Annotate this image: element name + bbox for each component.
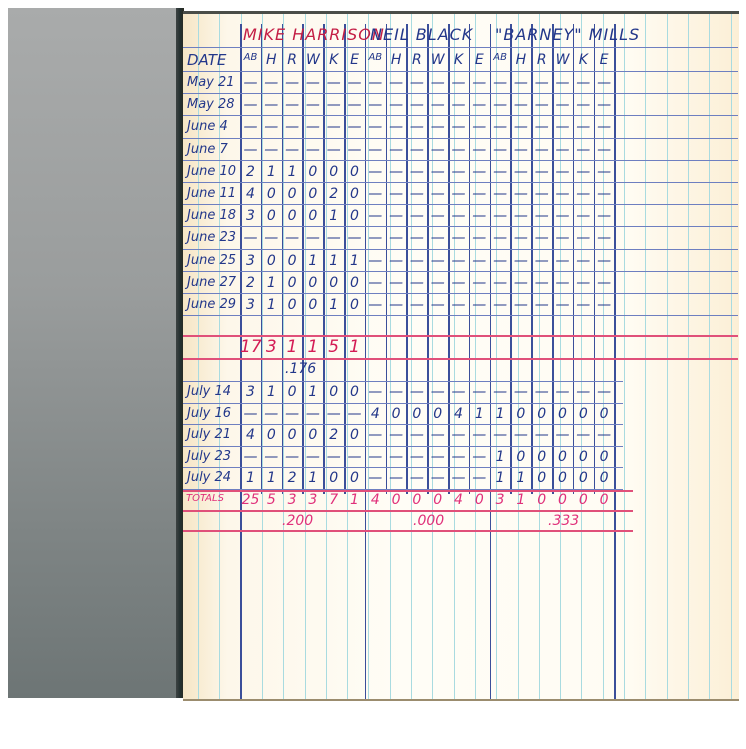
- stat-cell: —: [448, 98, 469, 112]
- stat-cell: —: [427, 276, 448, 290]
- stat-cell: —: [386, 298, 407, 312]
- row-line: [183, 467, 623, 468]
- row-line: [183, 71, 738, 72]
- stat-cell: —: [448, 165, 469, 179]
- stat-cell: —: [261, 143, 282, 157]
- row-line: [183, 138, 738, 139]
- grid-line: [731, 14, 732, 699]
- stat-cell: —: [427, 76, 448, 90]
- stat-cell: 0: [323, 276, 344, 290]
- stat-cell: —: [386, 165, 407, 179]
- stat-column-header: AB: [365, 53, 386, 63]
- stat-cell: —: [365, 298, 386, 312]
- stat-cell: —: [406, 165, 427, 179]
- stat-cell: —: [469, 209, 490, 223]
- grid-line: [411, 14, 412, 699]
- grid-line: [475, 14, 476, 699]
- stat-cell: —: [552, 209, 573, 223]
- row-date: July 23: [187, 450, 231, 463]
- stat-cell: —: [469, 450, 490, 464]
- grid-line: [368, 14, 369, 699]
- stat-cell: —: [490, 428, 511, 442]
- stat-cell: —: [406, 209, 427, 223]
- totals-cell: 3: [302, 493, 323, 507]
- stat-column-header: E: [594, 53, 615, 67]
- stat-cell: —: [510, 231, 531, 245]
- stat-cell: —: [469, 428, 490, 442]
- stat-cell: 0: [573, 471, 594, 485]
- row-date: July 21: [187, 428, 231, 441]
- stat-cell: —: [594, 276, 615, 290]
- stat-cell: —: [323, 231, 344, 245]
- grid-line: [347, 14, 348, 699]
- stat-cell: —: [448, 385, 469, 399]
- stat-cell: —: [386, 120, 407, 134]
- stat-cell: —: [427, 187, 448, 201]
- stat-cell: 1: [490, 407, 511, 421]
- stat-cell: —: [448, 428, 469, 442]
- stat-cell: —: [469, 187, 490, 201]
- stat-cell: —: [531, 254, 552, 268]
- stat-cell: —: [302, 76, 323, 90]
- stat-cell: —: [448, 143, 469, 157]
- date-header: DATE: [187, 53, 226, 68]
- stat-column-header: K: [323, 53, 344, 67]
- stat-cell: —: [552, 187, 573, 201]
- stat-cell: 0: [282, 428, 303, 442]
- totals-cell: 0: [531, 493, 552, 507]
- stat-cell: —: [448, 209, 469, 223]
- stat-cell: 1: [323, 209, 344, 223]
- totals-cell: 3: [490, 493, 511, 507]
- subtotal-cell: 1: [302, 339, 323, 356]
- stat-cell: —: [573, 428, 594, 442]
- stat-cell: —: [386, 231, 407, 245]
- stat-cell: 4: [448, 407, 469, 421]
- stat-cell: —: [261, 98, 282, 112]
- stat-cell: 2: [240, 276, 261, 290]
- row-line: [183, 381, 623, 382]
- stat-cell: —: [344, 76, 365, 90]
- stat-cell: 1: [261, 298, 282, 312]
- stat-cell: 0: [531, 450, 552, 464]
- stat-cell: —: [240, 98, 261, 112]
- stat-cell: 1: [282, 165, 303, 179]
- totals-cell: 1: [510, 493, 531, 507]
- totals-cell: 0: [427, 493, 448, 507]
- stat-cell: —: [406, 298, 427, 312]
- totals-cell: 0: [594, 493, 615, 507]
- stat-cell: —: [406, 276, 427, 290]
- stat-cell: —: [406, 187, 427, 201]
- row-date: June 25: [187, 254, 236, 267]
- stat-cell: —: [427, 385, 448, 399]
- player-name: NEIL BLACK: [370, 27, 473, 43]
- stat-cell: —: [365, 471, 386, 485]
- stat-cell: —: [594, 254, 615, 268]
- stat-cell: 3: [240, 298, 261, 312]
- stat-cell: —: [427, 298, 448, 312]
- stat-cell: 3: [240, 385, 261, 399]
- stat-cell: 0: [552, 407, 573, 421]
- stat-cell: —: [448, 471, 469, 485]
- grid-line: [326, 14, 327, 699]
- stat-cell: 1: [469, 407, 490, 421]
- stat-cell: —: [510, 254, 531, 268]
- stat-cell: —: [531, 165, 552, 179]
- stat-cell: —: [386, 276, 407, 290]
- stat-column-header: R: [406, 53, 427, 67]
- stat-cell: —: [469, 385, 490, 399]
- stat-cell: —: [323, 98, 344, 112]
- totals-cell: 5: [261, 493, 282, 507]
- stat-cell: 1: [302, 385, 323, 399]
- stat-cell: 0: [510, 450, 531, 464]
- grid-line: [624, 14, 625, 699]
- stat-cell: —: [427, 209, 448, 223]
- row-line: [183, 160, 738, 161]
- stat-cell: —: [510, 120, 531, 134]
- totals-cell: 3: [282, 493, 303, 507]
- stat-cell: —: [323, 450, 344, 464]
- totals-cell: 1: [344, 493, 365, 507]
- grid-line: [432, 14, 433, 699]
- stat-cell: —: [261, 120, 282, 134]
- stat-cell: 1: [261, 276, 282, 290]
- stat-cell: 0: [531, 407, 552, 421]
- stat-cell: —: [386, 143, 407, 157]
- stat-cell: 0: [344, 276, 365, 290]
- stat-cell: —: [323, 76, 344, 90]
- row-date: July 14: [187, 385, 231, 398]
- stat-cell: —: [365, 187, 386, 201]
- stat-cell: —: [406, 143, 427, 157]
- stat-cell: 4: [240, 428, 261, 442]
- stat-cell: 0: [282, 254, 303, 268]
- stat-cell: —: [240, 76, 261, 90]
- stat-cell: —: [448, 231, 469, 245]
- stat-cell: —: [594, 298, 615, 312]
- stat-cell: —: [573, 120, 594, 134]
- stat-cell: —: [469, 231, 490, 245]
- row-line: [183, 424, 623, 425]
- stat-cell: 1: [490, 450, 511, 464]
- stat-cell: —: [469, 471, 490, 485]
- stat-cell: —: [261, 407, 282, 421]
- stat-cell: —: [427, 120, 448, 134]
- stat-cell: —: [365, 120, 386, 134]
- stat-cell: —: [510, 209, 531, 223]
- stat-cell: 0: [573, 407, 594, 421]
- row-line: [183, 271, 738, 272]
- stat-cell: —: [365, 276, 386, 290]
- subtotal-average: .176: [285, 361, 316, 377]
- stat-cell: —: [531, 276, 552, 290]
- row-date: June 7: [187, 143, 228, 156]
- stat-cell: —: [365, 231, 386, 245]
- stat-column-header: W: [552, 53, 573, 67]
- stat-cell: 0: [552, 450, 573, 464]
- stat-cell: 0: [406, 407, 427, 421]
- stat-cell: 0: [344, 471, 365, 485]
- stat-cell: —: [531, 209, 552, 223]
- stat-cell: —: [386, 209, 407, 223]
- grid-line: [667, 14, 668, 699]
- stat-cell: —: [531, 298, 552, 312]
- stat-cell: —: [594, 143, 615, 157]
- stat-cell: —: [365, 165, 386, 179]
- stat-cell: —: [490, 231, 511, 245]
- stat-cell: 0: [282, 276, 303, 290]
- stat-cell: —: [510, 187, 531, 201]
- stat-cell: —: [365, 143, 386, 157]
- stat-cell: 0: [282, 385, 303, 399]
- stat-column-header: W: [427, 53, 448, 67]
- grid-line: [496, 14, 497, 699]
- stat-cell: 4: [365, 407, 386, 421]
- stat-cell: 3: [240, 209, 261, 223]
- stat-cell: —: [510, 165, 531, 179]
- stat-cell: 0: [302, 165, 323, 179]
- stat-cell: —: [552, 276, 573, 290]
- grid-line: [219, 14, 220, 699]
- grid-line: [645, 14, 646, 699]
- stat-cell: —: [469, 276, 490, 290]
- row-date: July 24: [187, 471, 231, 484]
- stat-cell: 0: [261, 254, 282, 268]
- stat-cell: 0: [323, 471, 344, 485]
- stat-cell: —: [344, 450, 365, 464]
- stat-cell: 0: [594, 407, 615, 421]
- grid-line: [539, 14, 540, 699]
- stat-cell: —: [573, 76, 594, 90]
- stat-cell: —: [552, 98, 573, 112]
- stat-cell: —: [323, 407, 344, 421]
- stat-cell: —: [406, 471, 427, 485]
- stat-cell: 0: [261, 428, 282, 442]
- stat-cell: 2: [240, 165, 261, 179]
- stat-cell: —: [386, 471, 407, 485]
- stat-cell: 0: [594, 450, 615, 464]
- stat-cell: —: [427, 254, 448, 268]
- totals-cell: 0: [573, 493, 594, 507]
- grid-line: [305, 14, 306, 699]
- row-line: [183, 204, 738, 205]
- stat-cell: —: [573, 165, 594, 179]
- batting-average: .200: [282, 513, 313, 529]
- stat-cell: —: [261, 76, 282, 90]
- stat-column-header: H: [261, 53, 282, 67]
- row-date: June 18: [187, 209, 236, 222]
- stat-cell: 2: [282, 471, 303, 485]
- stat-cell: —: [510, 276, 531, 290]
- stat-cell: —: [510, 385, 531, 399]
- grid-line: [560, 14, 561, 699]
- stat-cell: —: [406, 231, 427, 245]
- stat-cell: —: [406, 385, 427, 399]
- ledger-cover: [8, 8, 178, 698]
- stat-cell: —: [344, 407, 365, 421]
- stat-cell: 0: [594, 471, 615, 485]
- stat-cell: —: [406, 76, 427, 90]
- subtotal-cell: 1: [282, 339, 303, 356]
- stat-column-header: H: [386, 53, 407, 67]
- totals-cell: 0: [386, 493, 407, 507]
- stat-cell: —: [490, 276, 511, 290]
- totals-rule: [183, 530, 633, 532]
- stat-cell: —: [552, 254, 573, 268]
- grid-line: [581, 14, 582, 699]
- stat-cell: 0: [573, 450, 594, 464]
- stat-cell: —: [552, 231, 573, 245]
- stat-cell: 0: [344, 165, 365, 179]
- totals-rule: [183, 510, 633, 512]
- row-line: [183, 249, 738, 250]
- stat-cell: —: [594, 428, 615, 442]
- stat-cell: 0: [344, 385, 365, 399]
- stat-cell: 0: [344, 298, 365, 312]
- stat-cell: 0: [302, 209, 323, 223]
- stat-cell: 0: [261, 209, 282, 223]
- stat-cell: —: [552, 76, 573, 90]
- stat-cell: 1: [261, 471, 282, 485]
- stat-cell: —: [448, 120, 469, 134]
- stat-cell: 0: [282, 298, 303, 312]
- stat-cell: —: [240, 120, 261, 134]
- stat-cell: —: [427, 471, 448, 485]
- stat-cell: —: [573, 276, 594, 290]
- stat-cell: 0: [261, 187, 282, 201]
- stat-cell: —: [261, 231, 282, 245]
- stat-cell: 0: [531, 471, 552, 485]
- row-line: [183, 403, 623, 404]
- stat-cell: —: [282, 143, 303, 157]
- stat-cell: 0: [323, 385, 344, 399]
- stat-column-header: K: [448, 53, 469, 67]
- totals-cell: 0: [552, 493, 573, 507]
- row-line: [183, 446, 623, 447]
- grid-line: [390, 14, 391, 699]
- row-date: June 27: [187, 276, 236, 289]
- stat-cell: —: [386, 187, 407, 201]
- stat-cell: —: [386, 254, 407, 268]
- stat-cell: 0: [510, 407, 531, 421]
- stat-cell: —: [427, 450, 448, 464]
- stat-cell: —: [531, 76, 552, 90]
- stat-cell: —: [365, 450, 386, 464]
- stat-cell: —: [490, 120, 511, 134]
- stat-column-header: E: [469, 53, 490, 67]
- stat-cell: —: [406, 428, 427, 442]
- stat-cell: —: [573, 298, 594, 312]
- batting-average: .333: [548, 513, 579, 529]
- totals-cell: 7: [323, 493, 344, 507]
- player-name: MIKE HARRISON: [243, 27, 385, 43]
- stat-cell: —: [448, 76, 469, 90]
- stat-cell: —: [552, 385, 573, 399]
- stat-cell: —: [282, 98, 303, 112]
- row-line: [183, 226, 738, 227]
- stat-cell: —: [427, 428, 448, 442]
- stat-cell: —: [510, 428, 531, 442]
- grid-line: [454, 14, 455, 699]
- totals-cell: 4: [365, 493, 386, 507]
- stat-cell: 1: [302, 254, 323, 268]
- stat-cell: 1: [302, 471, 323, 485]
- subtotal-cell: 1: [344, 339, 365, 356]
- stat-cell: —: [594, 120, 615, 134]
- stat-cell: —: [282, 407, 303, 421]
- stat-cell: —: [282, 120, 303, 134]
- stat-cell: 0: [323, 165, 344, 179]
- totals-cell: 0: [406, 493, 427, 507]
- batting-average: .000: [413, 513, 444, 529]
- stat-cell: —: [594, 385, 615, 399]
- stat-cell: —: [490, 254, 511, 268]
- stat-cell: —: [469, 120, 490, 134]
- stat-cell: —: [573, 254, 594, 268]
- row-date: June 10: [187, 165, 236, 178]
- column-divider: [614, 24, 616, 699]
- subtotal-cell: 3: [261, 339, 282, 356]
- stat-cell: —: [323, 120, 344, 134]
- stat-cell: 1: [240, 471, 261, 485]
- stat-cell: —: [490, 187, 511, 201]
- stat-cell: —: [302, 120, 323, 134]
- stat-cell: —: [469, 143, 490, 157]
- stat-cell: 0: [302, 187, 323, 201]
- stat-cell: —: [531, 98, 552, 112]
- stat-cell: —: [302, 407, 323, 421]
- stat-cell: —: [406, 98, 427, 112]
- stat-cell: —: [490, 298, 511, 312]
- stat-cell: —: [552, 298, 573, 312]
- stat-cell: 0: [282, 187, 303, 201]
- stat-cell: —: [406, 120, 427, 134]
- row-line: [183, 293, 738, 294]
- stat-cell: —: [510, 143, 531, 157]
- stat-cell: —: [240, 450, 261, 464]
- stat-cell: —: [282, 231, 303, 245]
- grid-line: [198, 14, 199, 699]
- row-date: June 4: [187, 120, 228, 133]
- stat-cell: —: [427, 143, 448, 157]
- stat-cell: —: [448, 187, 469, 201]
- stat-cell: —: [490, 98, 511, 112]
- stat-cell: 0: [344, 209, 365, 223]
- totals-label: TOTALS: [186, 494, 224, 504]
- stat-cell: —: [490, 165, 511, 179]
- stat-cell: —: [302, 231, 323, 245]
- stat-cell: —: [386, 76, 407, 90]
- stat-cell: 1: [323, 298, 344, 312]
- stat-column-header: R: [282, 53, 303, 67]
- stat-cell: —: [552, 428, 573, 442]
- stat-cell: 0: [552, 471, 573, 485]
- stat-cell: 0: [344, 187, 365, 201]
- stat-cell: —: [261, 450, 282, 464]
- stat-cell: —: [406, 450, 427, 464]
- stat-cell: —: [344, 143, 365, 157]
- stat-cell: —: [386, 98, 407, 112]
- stat-cell: 1: [344, 254, 365, 268]
- stat-cell: —: [552, 143, 573, 157]
- stat-cell: —: [531, 143, 552, 157]
- stat-cell: —: [240, 407, 261, 421]
- stat-cell: —: [510, 98, 531, 112]
- stat-cell: —: [427, 165, 448, 179]
- stat-cell: 3: [240, 254, 261, 268]
